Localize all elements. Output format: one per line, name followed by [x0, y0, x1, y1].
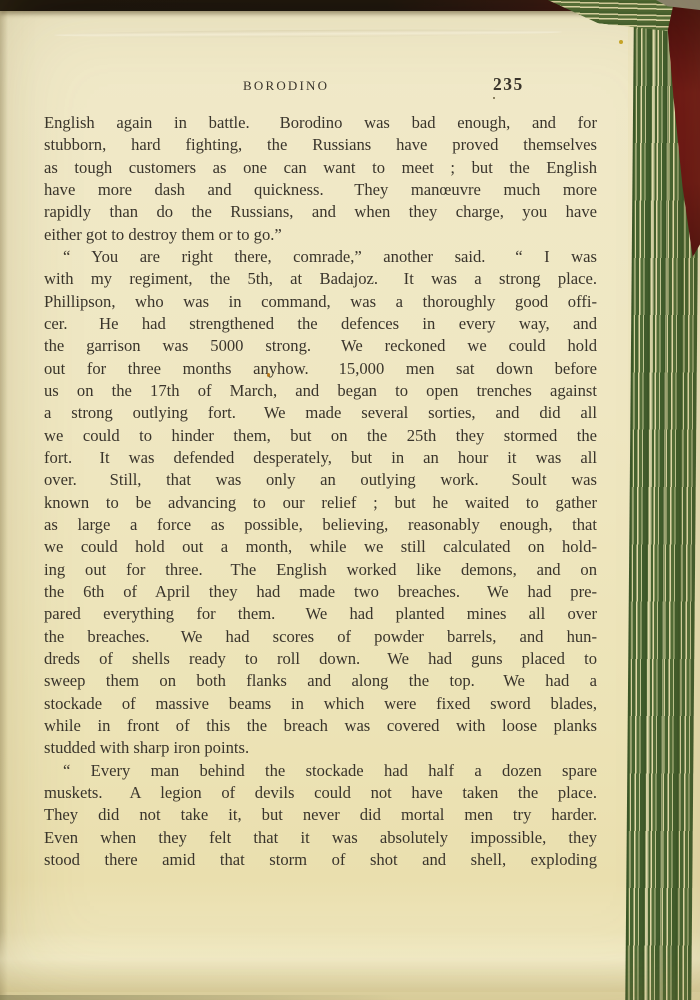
book-page-photo: BORODINO 235 English again in battle. Bo…: [0, 0, 700, 1000]
text-line: the breaches. We had scores of powder ba…: [44, 626, 597, 648]
text-line: studded with sharp iron points.: [44, 737, 597, 759]
text-line: They did not take it, but never did mort…: [44, 804, 597, 826]
text-line: dreds of shells ready to roll down. We h…: [44, 648, 597, 670]
text-line: muskets. A legion of devils could not ha…: [44, 782, 597, 804]
ink-speck: [493, 97, 495, 99]
text-line: English again in battle. Borodino was ba…: [44, 112, 597, 134]
text-line: rapidly than do the Russians, and when t…: [44, 201, 597, 223]
page-number: 235: [493, 74, 524, 95]
text-line: pared everything for them. We had plante…: [44, 603, 597, 625]
running-head-title: BORODINO: [243, 78, 329, 94]
text-line: as large a force as possible, believing,…: [44, 514, 597, 536]
text-line: “ Every man behind the stockade had half…: [44, 760, 597, 782]
text-line: we could to hinder them, but on the 25th…: [44, 425, 597, 447]
text-line: fort. It was defended desperately, but i…: [44, 447, 597, 469]
text-line: the garrison was 5000 strong. We reckone…: [44, 335, 597, 357]
paper-speck: [267, 373, 270, 377]
text-line: stubborn, hard fighting, the Russians ha…: [44, 134, 597, 156]
text-line: stockade of massive beams in which were …: [44, 693, 597, 715]
text-line: known to be advancing to our relief ; bu…: [44, 492, 597, 514]
text-line: us on the 17th of March, and began to op…: [44, 380, 597, 402]
text-line: Even when they felt that it was absolute…: [44, 827, 597, 849]
text-line: out for three months anyhow. 15,000 men …: [44, 358, 597, 380]
page-crease: [54, 28, 562, 38]
page-bottom-curl-highlight: [0, 932, 700, 992]
text-line: have more dash and quickness. They manœu…: [44, 179, 597, 201]
running-head: BORODINO 235: [44, 74, 597, 100]
text-line: with my regiment, the 5th, at Badajoz. I…: [44, 268, 597, 290]
text-line: “ You are right there, comrade,” another…: [44, 246, 597, 268]
text-line: as tough customers as one can want to me…: [44, 157, 597, 179]
text-line: ing out for three. The English worked li…: [44, 559, 597, 581]
text-line: over. Still, that was only an outlying w…: [44, 469, 597, 491]
text-line: Phillipson, who was in command, was a th…: [44, 291, 597, 313]
page-bottom-edge-shadow: [0, 995, 406, 1000]
text-block: English again in battle. Borodino was ba…: [44, 112, 597, 871]
paper-speck: [619, 40, 623, 44]
page-left-shadow: [0, 0, 8, 1000]
text-line: either got to destroy them or to go.”: [44, 224, 597, 246]
text-line: stood there amid that storm of shot and …: [44, 849, 597, 871]
text-line: sweep them on both flanks and along the …: [44, 670, 597, 692]
text-line: the 6th of April they had made two breac…: [44, 581, 597, 603]
text-line: we could hold out a month, while we stil…: [44, 536, 597, 558]
text-line: a strong outlying fort. We made several …: [44, 402, 597, 424]
text-line: cer. He had strengthened the defences in…: [44, 313, 597, 335]
text-line: while in front of this the breach was co…: [44, 715, 597, 737]
